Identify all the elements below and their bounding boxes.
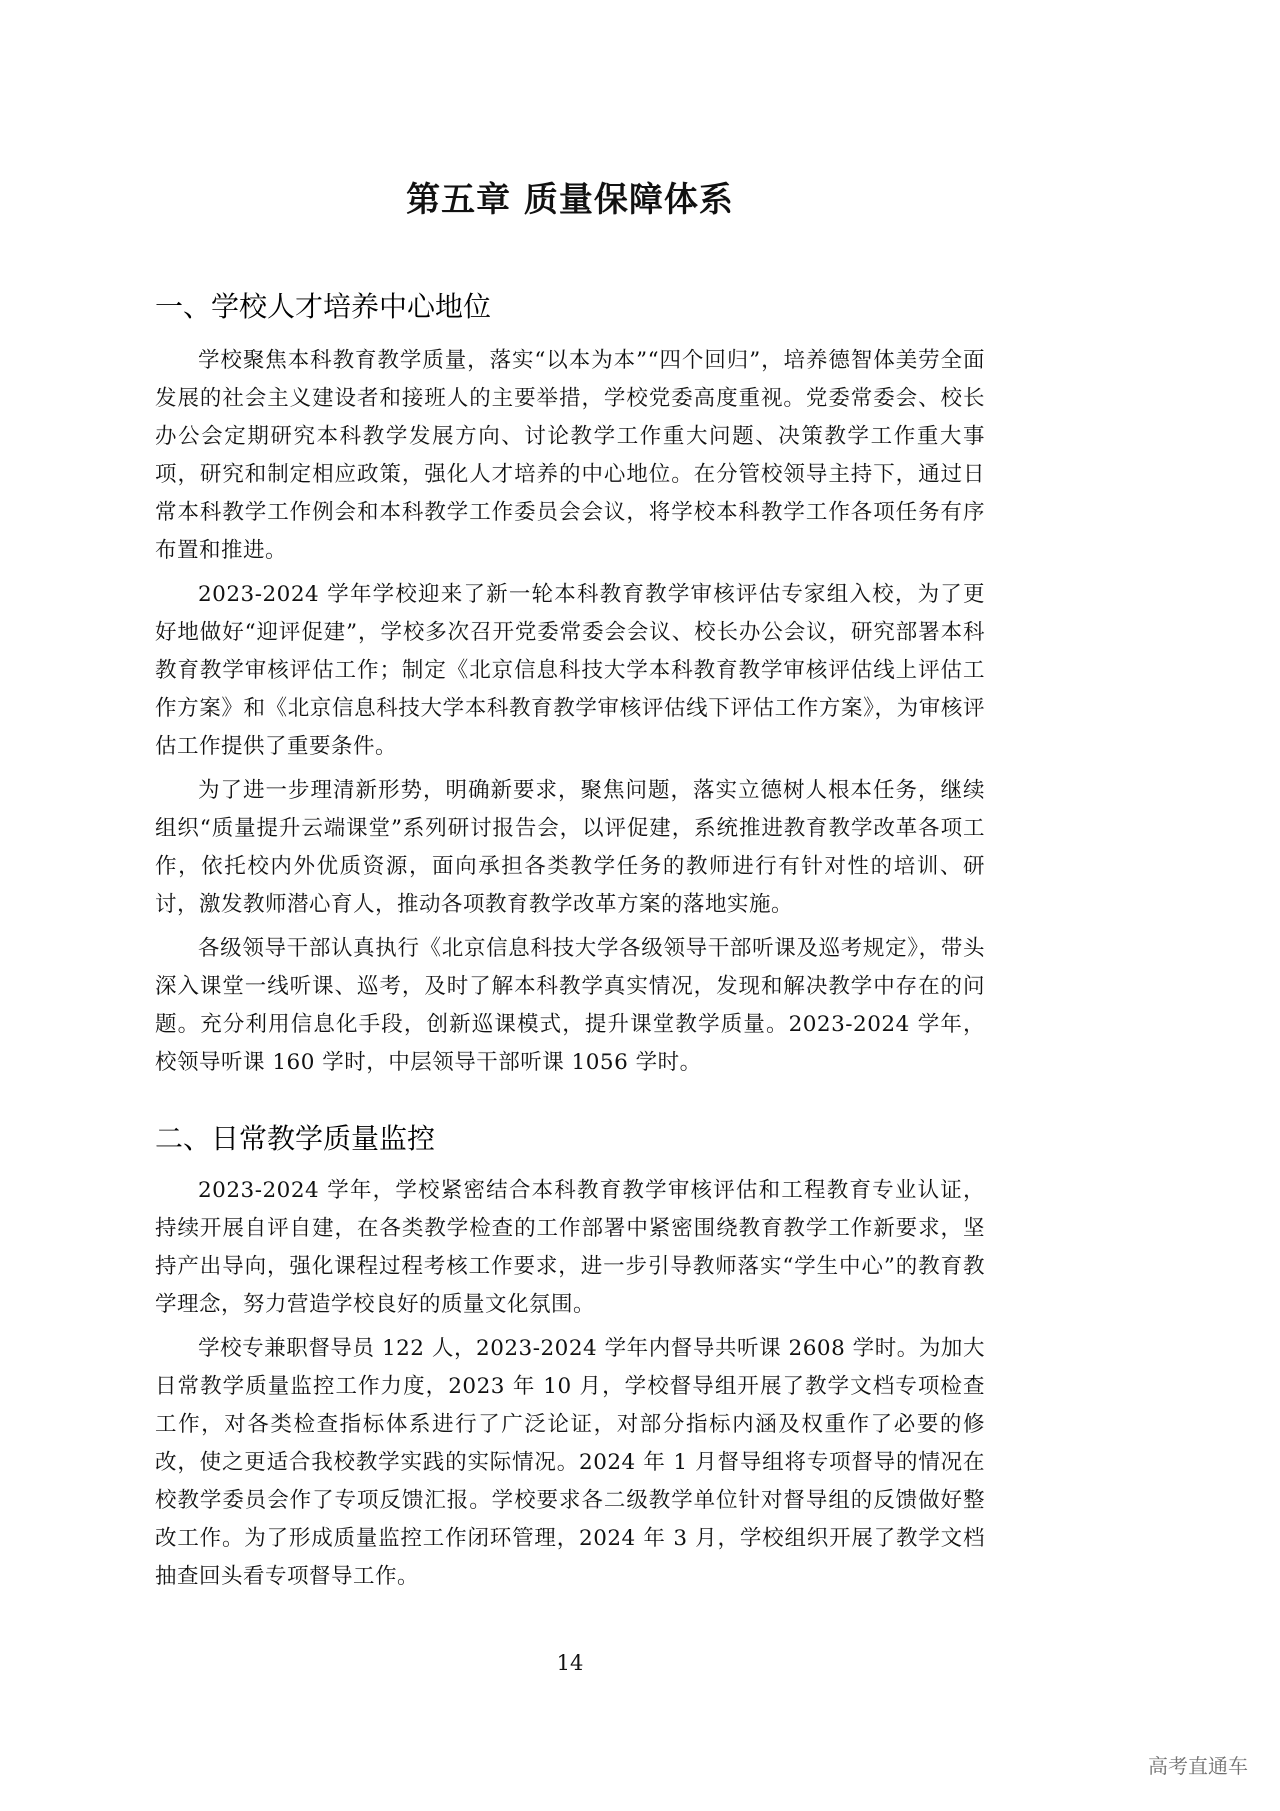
paragraph: 各级领导干部认真执行《北京信息科技大学各级领导干部听课及巡考规定》，带头深入课堂… xyxy=(155,930,985,1082)
section-heading-1: 一、学校人才培养中心地位 xyxy=(155,288,985,326)
paragraph: 学校聚焦本科教育教学质量，落实“以本为本”“四个回归”，培养德智体美劳全面发展的… xyxy=(155,342,985,570)
chapter-title: 第五章 质量保障体系 xyxy=(155,178,985,222)
paragraph: 2023-2024 学年，学校紧密结合本科教育教学审核评估和工程教育专业认证，持… xyxy=(155,1172,985,1324)
paragraph: 2023-2024 学年学校迎来了新一轮本科教育教学审核评估专家组入校，为了更好… xyxy=(155,576,985,766)
paragraph: 学校专兼职督导员 122 人，2023-2024 学年内督导共听课 2608 学… xyxy=(155,1330,985,1596)
section-1-body: 学校聚焦本科教育教学质量，落实“以本为本”“四个回归”，培养德智体美劳全面发展的… xyxy=(155,342,985,1088)
watermark-text: 高考直通车 xyxy=(1148,1752,1248,1780)
section-heading-2: 二、日常教学质量监控 xyxy=(155,1120,985,1158)
page-number: 14 xyxy=(155,1648,985,1678)
section-2-body: 2023-2024 学年，学校紧密结合本科教育教学审核评估和工程教育专业认证，持… xyxy=(155,1172,985,1602)
paragraph: 为了进一步理清新形势，明确新要求，聚焦问题，落实立德树人根本任务，继续组织“质量… xyxy=(155,772,985,924)
